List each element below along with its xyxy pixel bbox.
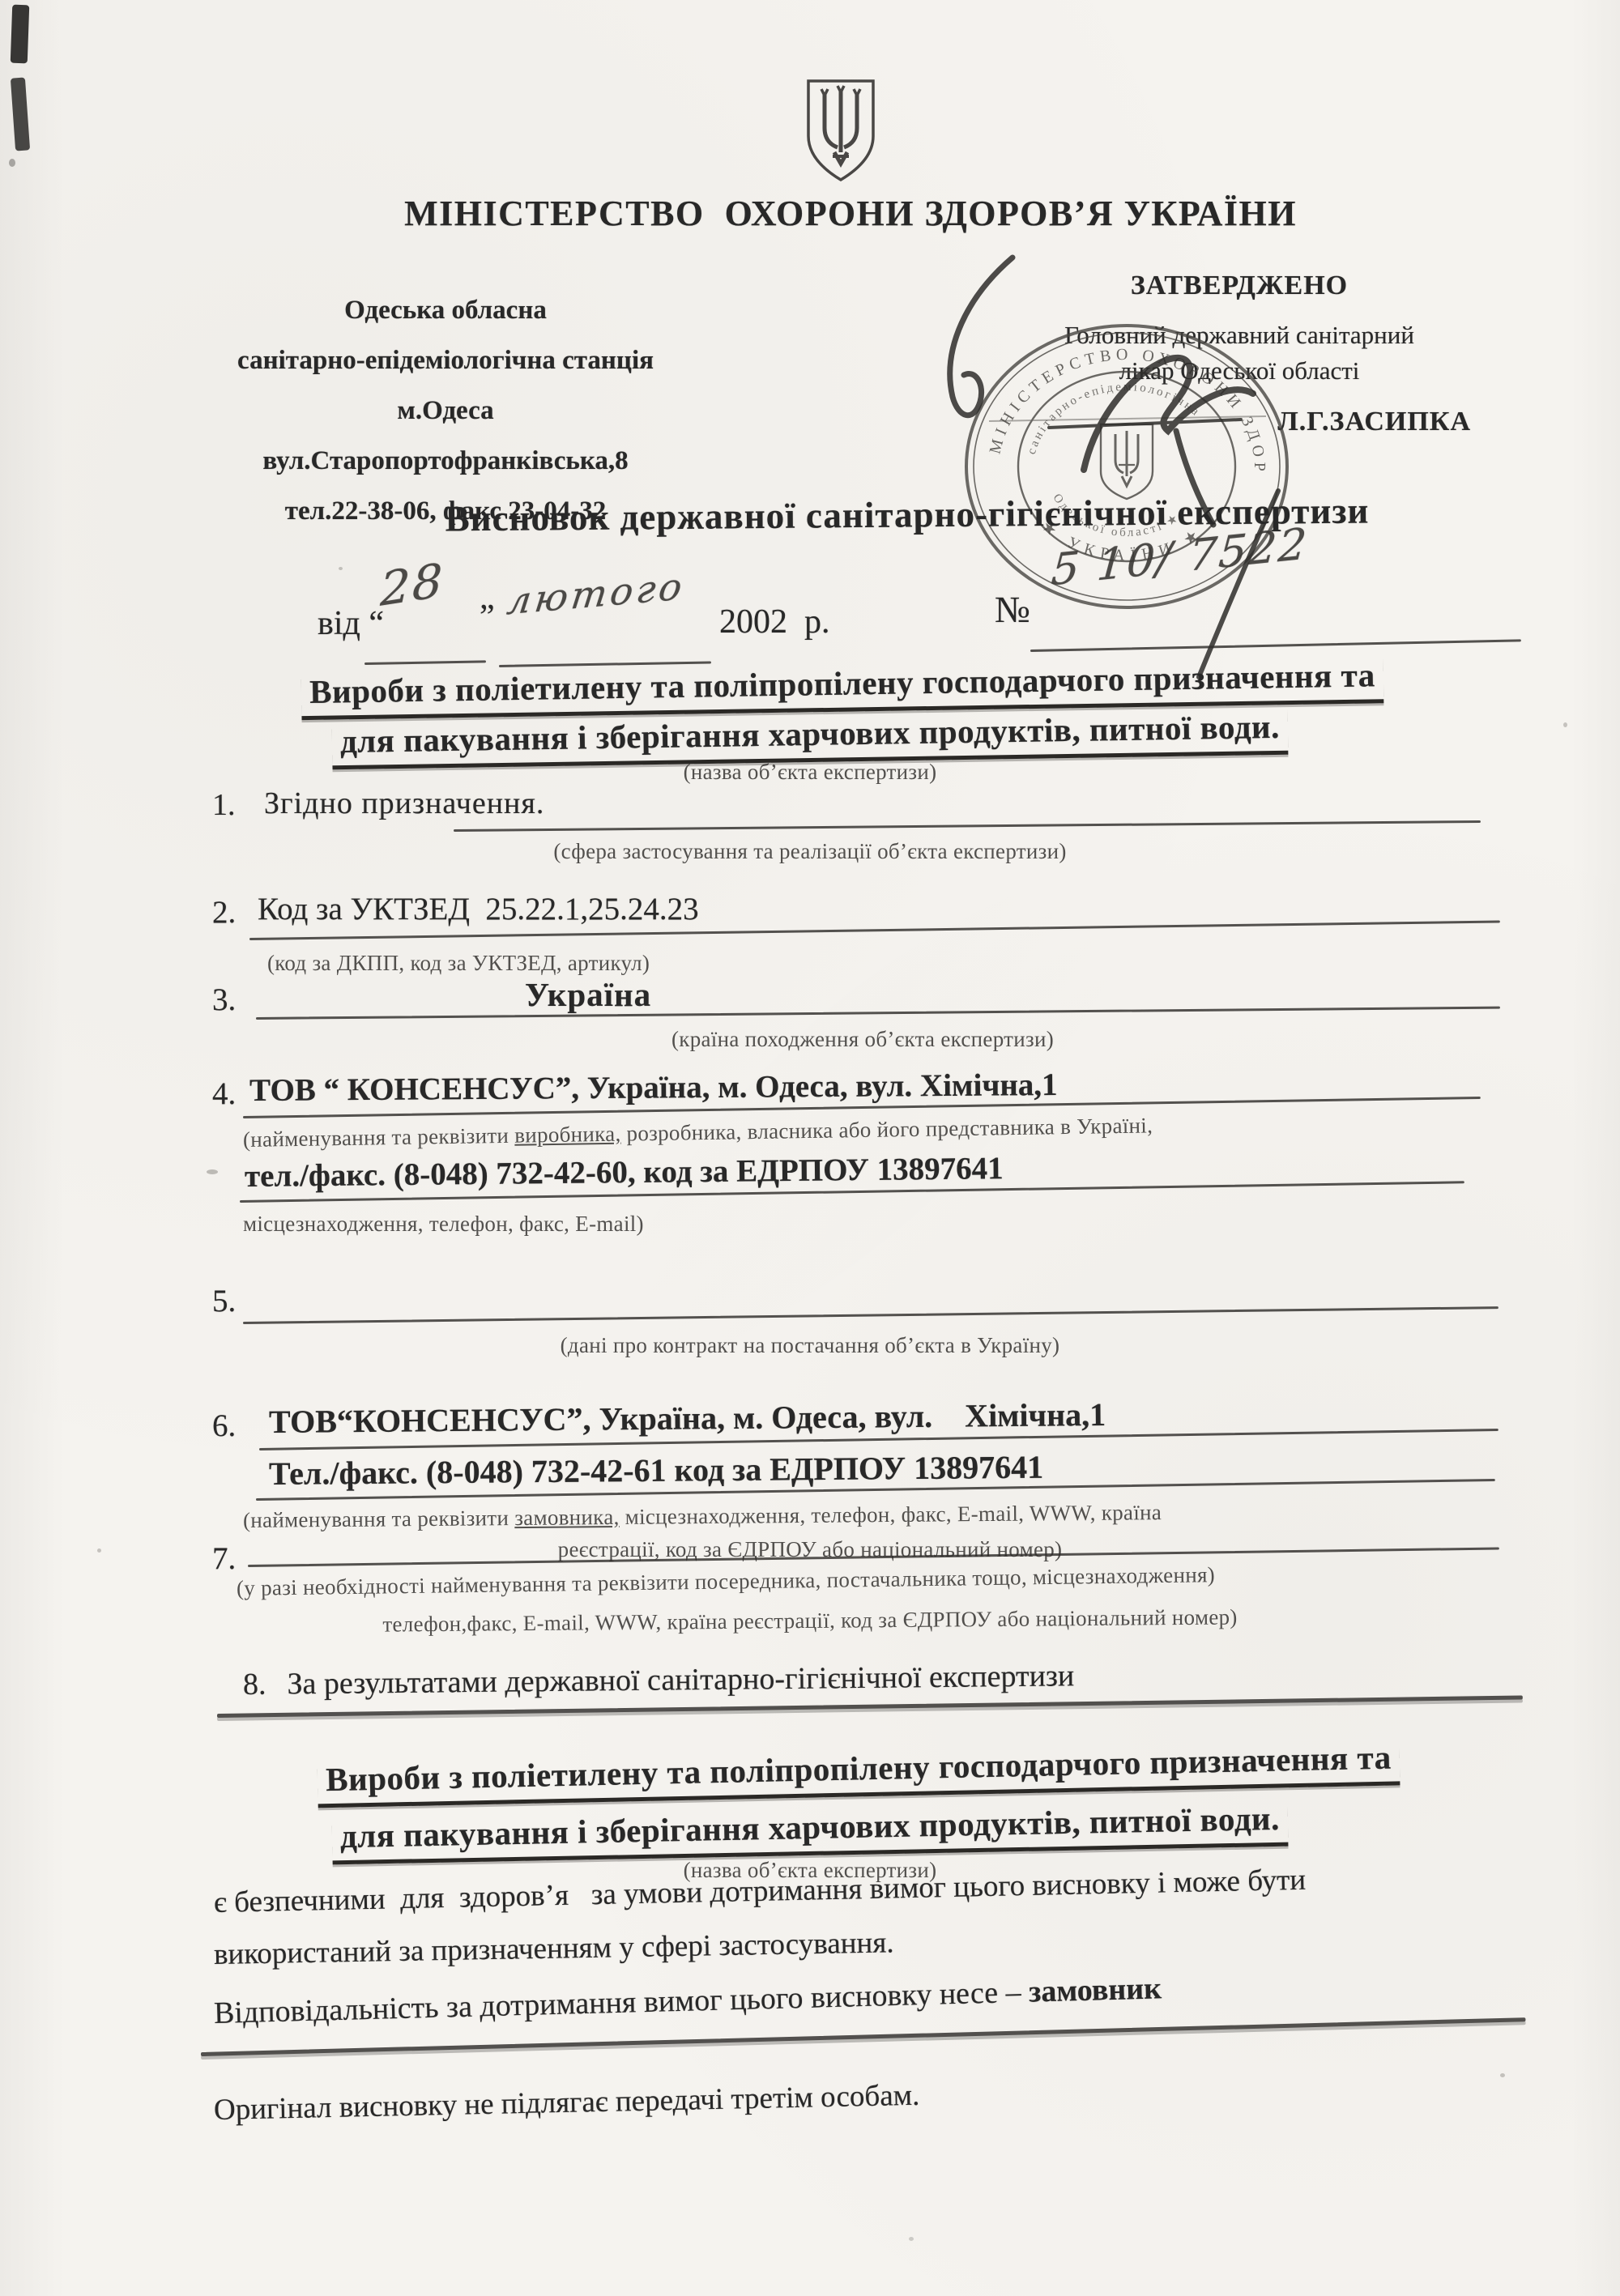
conclusion-name-line2-text: для пакування і зберігання харчових прод… [332, 1799, 1289, 1865]
field8-line: 8.За результатами державної санітарно-гі… [243, 1658, 1075, 1702]
scan-artifact [11, 5, 29, 64]
field6-caption1-underlined: замовника, [514, 1505, 620, 1530]
handwritten-month: лютого [505, 564, 688, 624]
field5-caption: (дані про контракт на постачання об’єкта… [0, 1333, 1620, 1358]
field1-underline [454, 820, 1481, 832]
field7-caption1: (у разі необхідності найменування та рек… [237, 1562, 1215, 1601]
field3-caption: (країна походження об’єкта експертизи) [105, 1027, 1620, 1052]
field3-value: Україна [525, 975, 651, 1014]
field4-caption1-pre: (найменування та реквізити [243, 1123, 515, 1152]
field6-value: ТОВ“КОНСЕНСУС”, Україна, м. Одеса, вул. … [269, 1395, 1106, 1441]
date-close-quote: ” [480, 598, 495, 637]
scan-speck [1500, 2073, 1505, 2077]
sender-line: санітарно-епідеміологічна станція [194, 335, 697, 386]
ukraine-trident-emblem [800, 78, 881, 185]
field2-caption: (код за ДКПП, код за УКТЗЕД, артикул) [267, 951, 650, 976]
scan-speck [207, 1169, 218, 1174]
scan-artifact [11, 77, 30, 151]
object-name-caption: (назва об’єкта експертизи) [0, 760, 1620, 785]
date-prefix: від “ [318, 604, 384, 643]
field5-number: 5. [212, 1283, 236, 1319]
sender-line: м.Одеса [194, 386, 697, 436]
responsibility-line: Відповідальність за дотримання вимог цьо… [213, 1970, 1162, 2031]
sender-line: Одеська обласна [194, 285, 697, 335]
scanned-document-page: МІНІСТЕРСТВО ОХОРОНИ ЗДОРОВ’Я УКРАЇНИ Од… [0, 0, 1620, 2296]
field4-caption2: місцезнаходження, телефон, факс, E-mail) [243, 1212, 644, 1237]
field4-value2: тел./факс. (8-048) 732-42-60, код за ЕДР… [245, 1150, 1004, 1195]
signature-strokes [891, 227, 1409, 713]
conclusion-name-line1-text: Вироби з поліетилену та поліпропілену го… [318, 1737, 1400, 1808]
field1-number: 1. [212, 787, 236, 823]
scan-speck [339, 567, 343, 570]
conclusion-paragraph2: використаний за призначенням у сфері зас… [214, 1925, 894, 1972]
field7-number: 7. [212, 1540, 236, 1577]
field4-caption1: (найменування та реквізити виробника, ро… [243, 1113, 1153, 1152]
field1-caption: (сфера застосування та реалізації об’єкт… [0, 839, 1620, 864]
field4-value: ТОВ “ КОНСЕНСУС”, Україна, м. Одеса, вул… [249, 1067, 1058, 1109]
field2-value: Код за УКТЗЕД 25.22.1,25.24.23 [258, 891, 699, 927]
date-year: 2002 р. [719, 603, 830, 641]
field4-number: 4. [212, 1076, 236, 1112]
handwritten-day: 28 [380, 552, 445, 616]
field6-number: 6. [212, 1408, 236, 1444]
field5-underline [243, 1306, 1498, 1324]
field6-value2: Тел./факс. (8-048) 732-42-61 код за ЕДРП… [269, 1448, 1044, 1493]
day-underline [364, 660, 486, 665]
field3-underline [256, 1007, 1500, 1020]
original-note: Оригінал висновку не підлягає передачі т… [214, 2078, 920, 2128]
field8-label: За результатами державної санітарно-гігі… [287, 1659, 1074, 1701]
field4-caption1-underlined: виробника, [514, 1122, 621, 1148]
responsibility-text: Відповідальність за дотримання вимог цьо… [213, 1975, 1029, 2030]
field8-number: 8. [243, 1668, 266, 1702]
field6-caption1-post: місцезнаходження, телефон, факс, E-mail,… [619, 1500, 1162, 1529]
field6-caption1: (найменування та реквізити замовника, мі… [243, 1500, 1162, 1533]
field4-caption1-post: розробника, власника або його представни… [620, 1113, 1153, 1145]
scan-speck [9, 159, 15, 167]
field2-number: 2. [212, 894, 236, 931]
field3-number: 3. [212, 982, 236, 1018]
responsibility-party: замовник [1029, 1971, 1162, 2008]
number-label: № [995, 588, 1030, 631]
field1-value: Згідно призначення. [264, 786, 544, 821]
field7-caption2: телефон,факс, E-mail, WWW, країна реєстр… [0, 1601, 1620, 1640]
sender-line: вул.Старопортофранківська,8 [194, 436, 697, 486]
field6-caption1-pre: (найменування та реквізити [243, 1506, 515, 1532]
scan-speck [909, 2237, 914, 2241]
